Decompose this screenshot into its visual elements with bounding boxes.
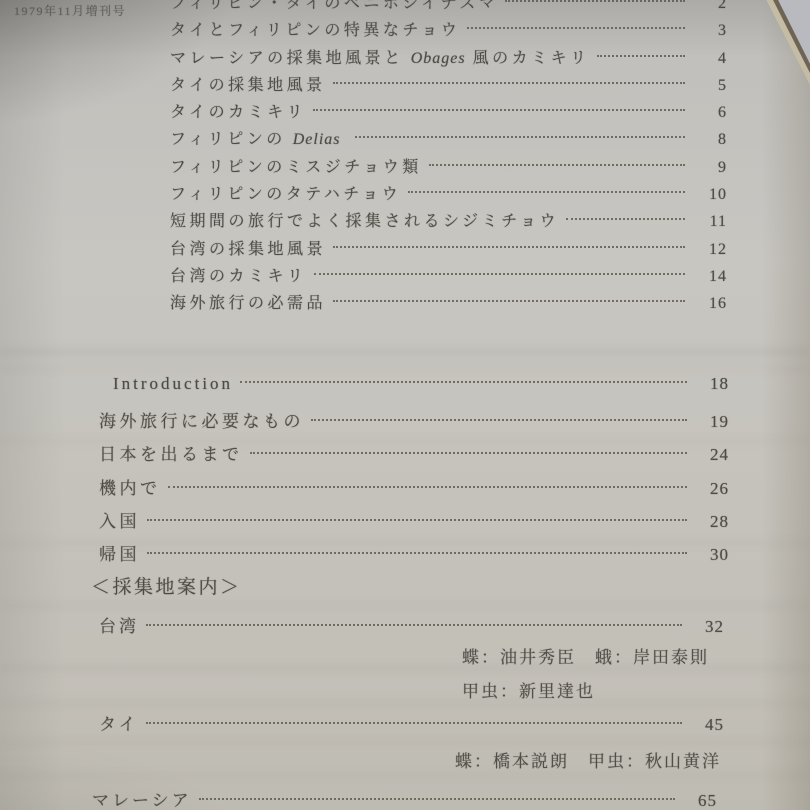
page-number: 28	[692, 512, 729, 532]
toc-row: フィリピンのミスジチョウ類 9	[170, 154, 727, 181]
page-edge-paper	[726, 0, 810, 118]
toc-title: フィリピンのDelias	[170, 126, 348, 149]
toc-title: 台湾のカミキリ	[170, 263, 307, 286]
page-number: 26	[692, 479, 729, 499]
page-number: 10	[690, 186, 727, 204]
toc-row: 短期間の旅行でよく採集されるシジミチョウ 11	[170, 208, 727, 235]
page-number: 5	[690, 77, 727, 95]
show-through-band	[0, 602, 810, 609]
page-edge-shadow	[726, 0, 810, 118]
toc-title: マレーシア	[92, 786, 192, 810]
page-number: 24	[692, 445, 729, 465]
toc-row: タイのカミキリ 6	[170, 99, 727, 126]
toc-row: タイ 45	[99, 710, 724, 735]
toc-title: タイ	[99, 710, 139, 735]
toc-row: 海外旅行の必需品 16	[170, 290, 727, 317]
toc-title: フィリピンのタテハチョウ	[170, 181, 401, 204]
toc-title: フィリピン・タイのベニボシイナズマ	[170, 0, 498, 13]
toc-row: 入国 28	[99, 507, 729, 540]
toc-title: 台湾の採集地風景	[170, 236, 326, 259]
show-through-band	[0, 738, 810, 745]
page-number: 16	[690, 295, 727, 313]
page-number: 32	[687, 617, 724, 637]
toc-row: タイとフィリピンの特異なチョウ 3	[170, 17, 727, 44]
section-heading: ＜採集地案内＞	[91, 572, 242, 599]
toc-row: 台湾のカミキリ 14	[170, 263, 727, 290]
toc-row: フィリピンのDelias 8	[170, 126, 727, 153]
page-number: 30	[692, 545, 729, 565]
show-through-band	[0, 348, 810, 356]
toc-row: 帰国 30	[99, 540, 729, 573]
page-number: 65	[680, 791, 717, 810]
book-page-photo: 1979年11月増刊号 フィリピン・タイのベニボシイナズマ 2 タイとフィリピン…	[0, 0, 810, 810]
toc-title: フィリピンのミスジチョウ類	[170, 154, 422, 177]
toc-title: 海外旅行に必要なもの	[99, 407, 304, 432]
page-number: 9	[690, 159, 727, 177]
latin-genus: Obages	[411, 50, 466, 67]
page-number: 14	[690, 268, 727, 286]
toc-title: 台湾	[99, 612, 139, 637]
toc-title: 機内で	[99, 474, 161, 499]
page-number: 12	[690, 241, 727, 259]
page-number: 3	[690, 22, 727, 40]
page-number: 8	[690, 131, 727, 149]
toc-title: 海外旅行の必需品	[170, 290, 326, 313]
toc-row: 海外旅行に必要なもの 19	[99, 407, 729, 440]
toc-title: Introduction	[113, 374, 233, 394]
toc-title: マレーシアの採集地風景とObages風のカミキリ	[170, 45, 590, 68]
page-number: 18	[692, 374, 729, 394]
page-number: 4	[690, 50, 727, 68]
toc-row: フィリピンのタテハチョウ 10	[170, 181, 727, 208]
page-number: 45	[687, 715, 724, 735]
toc-row: Introduction 18	[99, 374, 729, 407]
toc-title: 日本を出るまで	[99, 440, 243, 465]
toc-title: タイとフィリピンの特異なチョウ	[170, 17, 460, 40]
toc-row: 台湾の採集地風景 12	[170, 236, 727, 263]
toc-title: タイのカミキリ	[170, 99, 306, 122]
page-corner-fold	[726, 0, 810, 118]
page-number: 11	[690, 213, 727, 231]
credits-line: 蝶：橋本説朗 甲虫：秋山黄洋	[455, 747, 721, 772]
toc-title: 短期間の旅行でよく採集されるシジミチョウ	[170, 208, 559, 231]
toc-row: 機内で 26	[99, 474, 729, 507]
page-number: 2	[690, 0, 727, 13]
page-number: 6	[690, 104, 727, 122]
toc-row: 日本を出るまで 24	[99, 440, 729, 473]
credits-line: 甲虫：新里達也	[462, 677, 595, 702]
toc-guide-block: Introduction 18 海外旅行に必要なもの 19 日本を出るまで 24…	[99, 374, 729, 573]
latin-genus: Delias	[293, 131, 341, 148]
show-through-band	[0, 772, 810, 779]
show-through-band	[0, 366, 810, 372]
credits-line: 蝶：油井秀臣 蛾：岸田泰則	[462, 643, 709, 668]
background-behind-page	[726, 0, 810, 118]
toc-title: 入国	[99, 507, 140, 532]
toc-title: タイの採集地風景	[170, 72, 326, 95]
toc-row: マレーシアの採集地風景とObages風のカミキリ 4	[170, 45, 727, 72]
issue-label: 1979年11月増刊号	[14, 2, 126, 19]
toc-row: タイの採集地風景 5	[170, 72, 727, 99]
toc-row: マレーシア 65	[92, 786, 717, 810]
page-number: 19	[692, 412, 729, 432]
toc-row: 台湾 32	[99, 612, 724, 637]
toc-row: フィリピン・タイのベニボシイナズマ 2	[170, 0, 727, 17]
toc-articles-block: フィリピン・タイのベニボシイナズマ 2 タイとフィリピンの特異なチョウ 3 マレ…	[170, 0, 727, 318]
toc-title: 帰国	[99, 540, 140, 565]
show-through-band	[0, 700, 810, 707]
